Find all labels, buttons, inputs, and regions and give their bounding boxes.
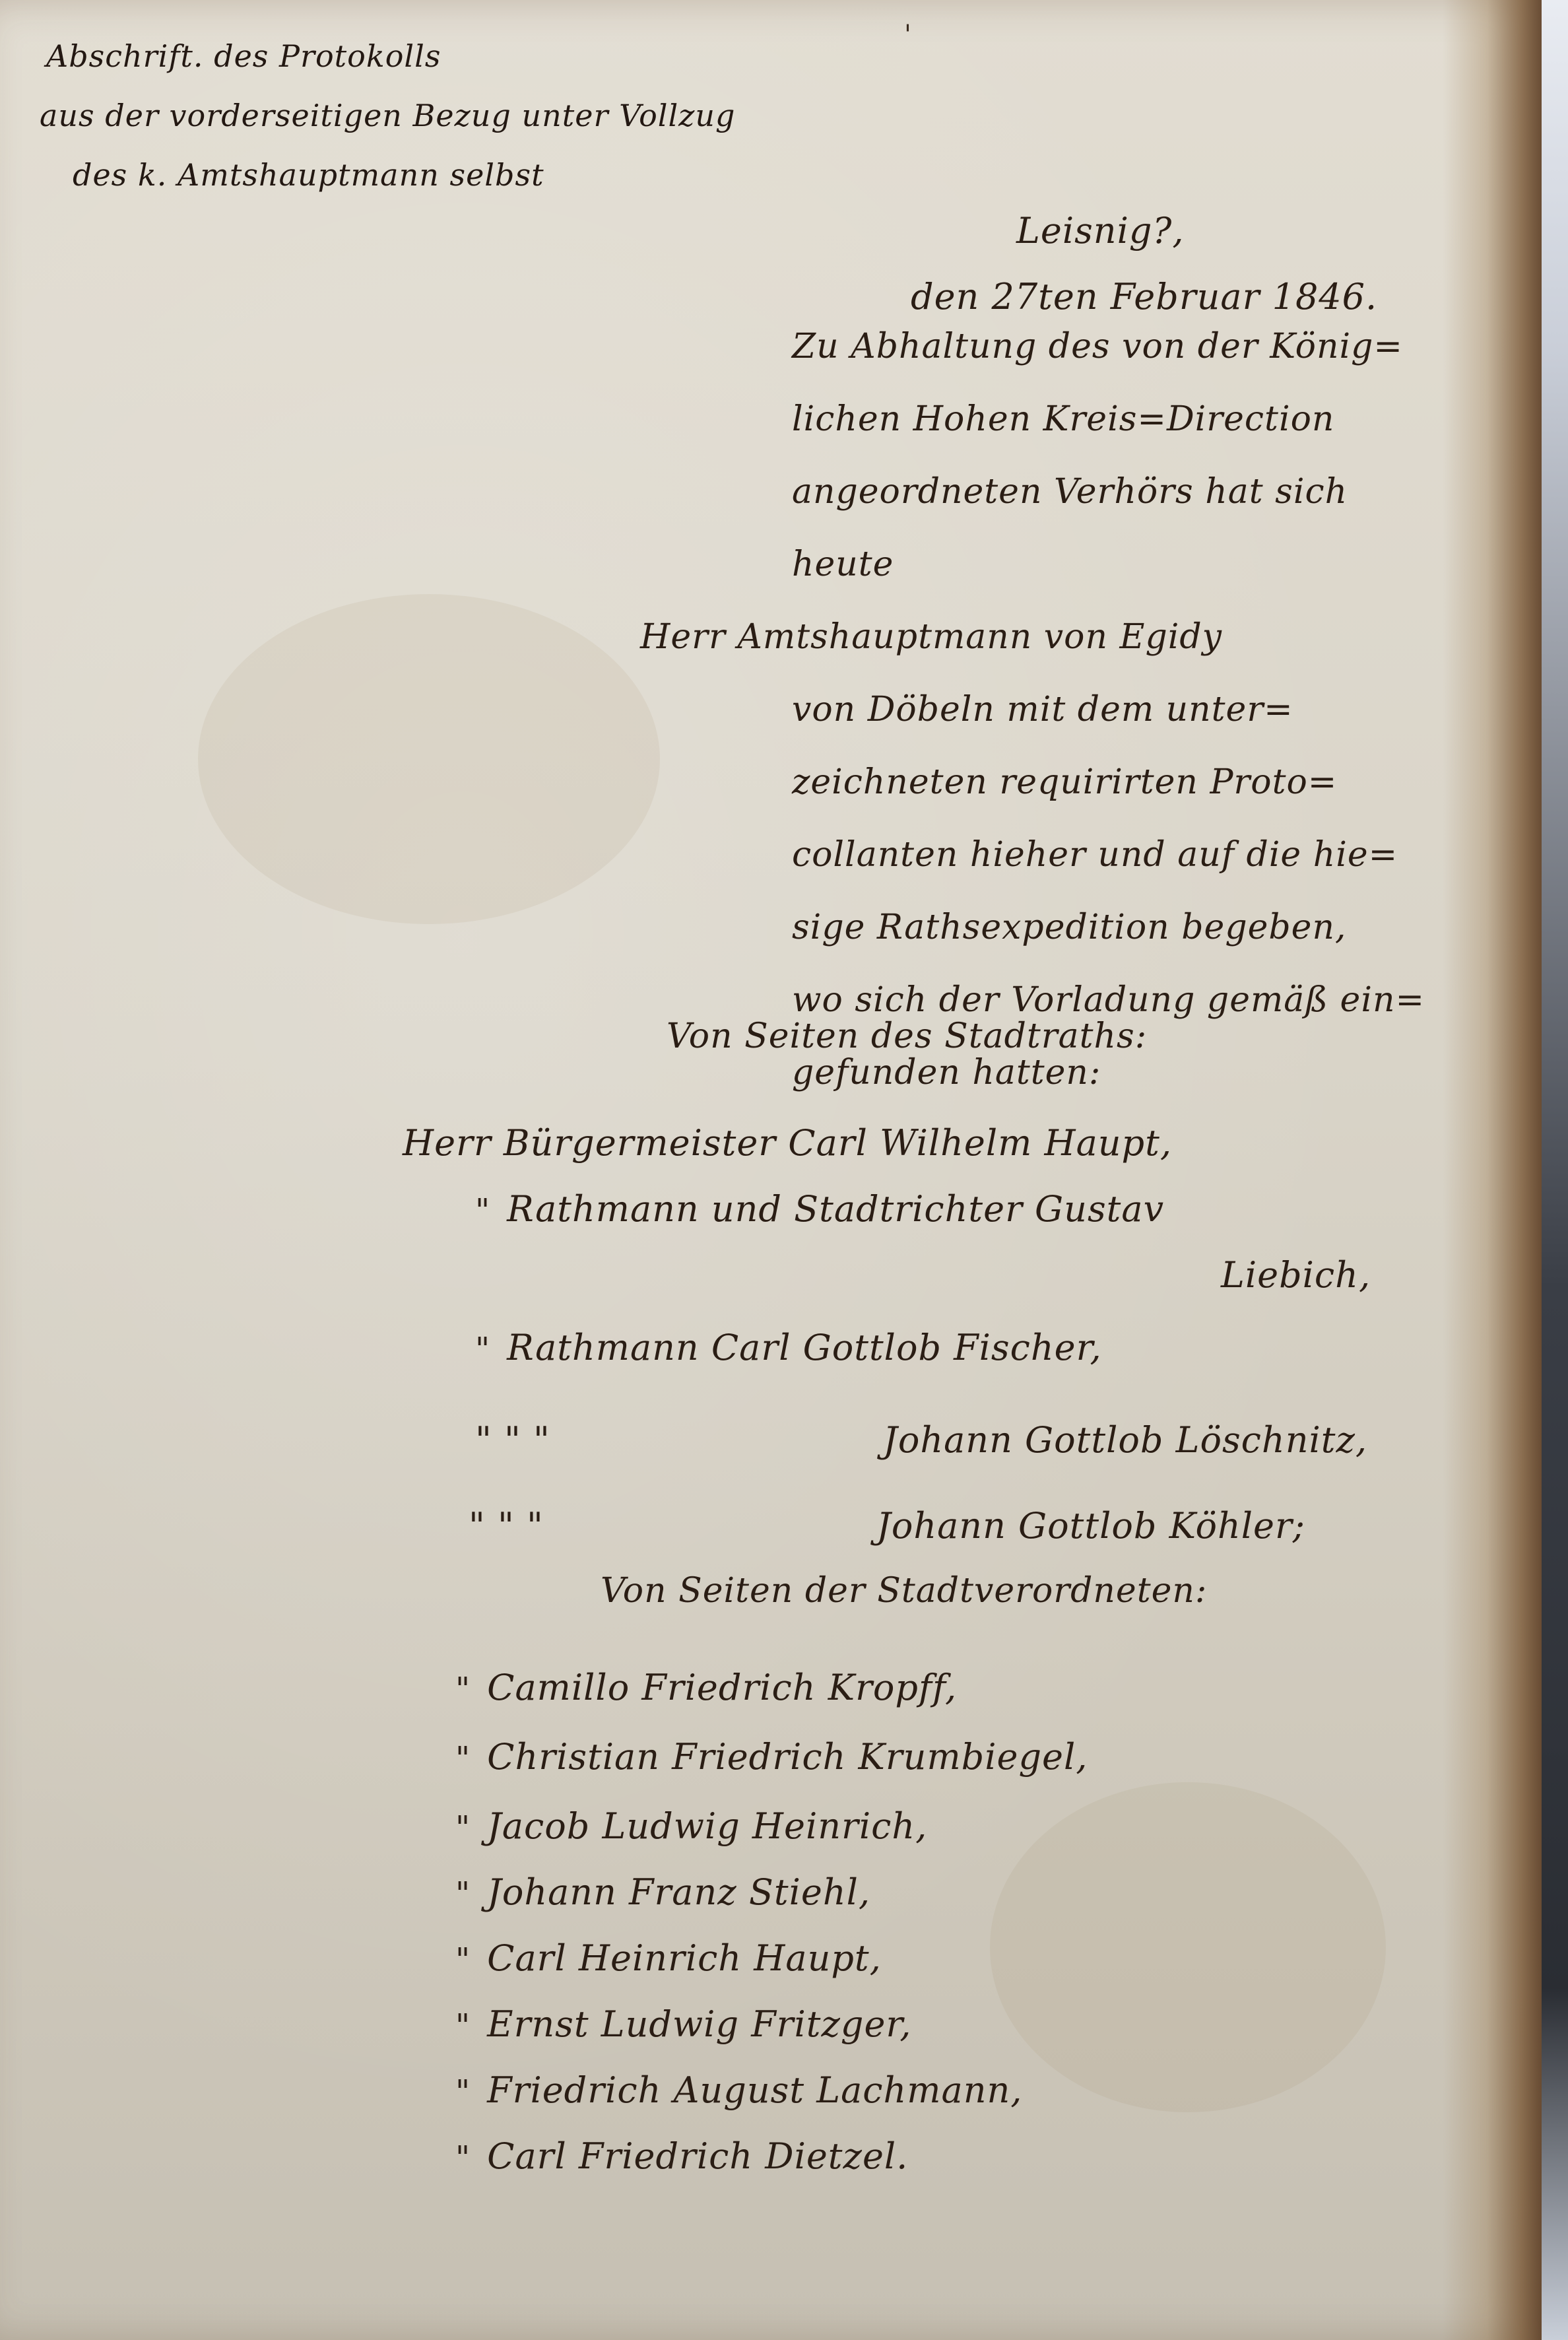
council-member-continuation: Liebich,: [1221, 1254, 1371, 1296]
body-line: lichen Hohen Kreis=Direction: [792, 383, 1425, 455]
deputy-member: " Jacob Ludwig Heinrich,: [455, 1805, 927, 1847]
member-name: Carl Friedrich Dietzel.: [487, 2135, 908, 2177]
deputy-member: " Camillo Friedrich Kropff,: [455, 1667, 957, 1708]
member-prefix: Herr: [403, 1122, 492, 1164]
ditto-mark: ": [455, 1740, 475, 1777]
deputy-member: " Johann Franz Stiehl,: [455, 1871, 870, 1913]
council-member: " " " Johann Gottlob Köhler;: [469, 1505, 1305, 1547]
top-mark: ': [904, 20, 912, 50]
deputy-member: " Christian Friedrich Krumbiegel,: [455, 1736, 1088, 1778]
member-name: Friedrich August Lachmann,: [487, 2069, 1022, 2111]
ditto-mark: ": [455, 1671, 475, 1708]
council-member: " Rathmann Carl Gottlob Fischer,: [475, 1327, 1102, 1368]
margin-note-line: aus der vorderseitigen Bezug unter Vollz…: [40, 86, 736, 145]
council-member: " Rathmann und Stadtrichter Gustav: [475, 1188, 1164, 1230]
ditto-mark: ": [475, 1331, 495, 1368]
ditto-mark: ": [455, 2007, 475, 2044]
ditto-mark: ": [455, 1809, 475, 1846]
book-binding-edge: [1542, 0, 1568, 2340]
member-name: Johann Gottlob Köhler;: [876, 1505, 1305, 1547]
deputy-member: " Carl Friedrich Dietzel.: [455, 2135, 908, 2177]
body-line: Zu Abhaltung des von der König=: [792, 310, 1425, 383]
member-name: Jacob Ludwig Heinrich,: [487, 1805, 927, 1847]
body-line: von Döbeln mit dem unter=: [792, 673, 1425, 746]
margin-note-line: Abschrift. des Protokolls: [46, 26, 736, 86]
deputy-member: " Friedrich August Lachmann,: [455, 2069, 1022, 2111]
place: Leisnig?,: [1016, 198, 1377, 264]
page-edge-discoloration: [1443, 0, 1542, 2340]
member-name: Christian Friedrich Krumbiegel,: [487, 1736, 1088, 1778]
ditto-marks: " " ": [469, 1505, 865, 1547]
ditto-mark: ": [455, 2073, 475, 2110]
body-line: sige Rathsexpedition begeben,: [792, 891, 1425, 964]
member-name: Ernst Ludwig Fritzger,: [487, 2003, 911, 2045]
member-name: Liebich,: [1221, 1254, 1371, 1296]
document-page: ' Abschrift. des Protokolls aus der vord…: [0, 0, 1542, 2340]
ditto-mark: ": [455, 2139, 475, 2176]
ditto-marks: " " ": [475, 1419, 871, 1461]
body-line: Herr Amtshauptmann von Egidy: [640, 601, 1425, 673]
paper-stain: [990, 1782, 1386, 2112]
ditto-mark: ": [455, 1941, 475, 1978]
council-member: Herr Bürgermeister Carl Wilhelm Haupt,: [403, 1122, 1172, 1164]
deputy-member: " Carl Heinrich Haupt,: [455, 1937, 882, 1979]
member-name: Rathmann Carl Gottlob Fischer,: [507, 1327, 1102, 1368]
deputies-section-heading: Von Seiten der Stadtverordneten:: [601, 1571, 1207, 1611]
body-line: zeichneten requirirten Proto=: [792, 746, 1425, 819]
paper-stain: [198, 594, 660, 924]
deputy-member: " Ernst Ludwig Fritzger,: [455, 2003, 911, 2045]
member-name: Johann Gottlob Löschnitz,: [883, 1419, 1367, 1461]
member-name: Bürgermeister Carl Wilhelm Haupt,: [504, 1122, 1172, 1164]
member-name: Camillo Friedrich Kropff,: [487, 1667, 957, 1708]
body-line: collanten hieher und auf die hie=: [792, 819, 1425, 891]
member-name: Johann Franz Stiehl,: [487, 1871, 870, 1913]
ditto-mark: ": [475, 1192, 495, 1229]
council-member: " " " Johann Gottlob Löschnitz,: [475, 1419, 1367, 1461]
protocol-body: Zu Abhaltung des von der König= lichen H…: [792, 310, 1425, 1109]
body-line: angeordneten Verhörs hat sich: [792, 455, 1425, 528]
margin-note-line: des k. Amtshauptmann selbst: [73, 145, 736, 205]
body-line: heute: [792, 528, 1425, 601]
member-name: Rathmann und Stadtrichter Gustav: [507, 1188, 1164, 1230]
margin-note: Abschrift. des Protokolls aus der vorder…: [46, 26, 736, 205]
council-section-heading: Von Seiten des Stadtraths:: [667, 1017, 1147, 1056]
ditto-mark: ": [455, 1875, 475, 1912]
member-name: Carl Heinrich Haupt,: [487, 1937, 882, 1979]
